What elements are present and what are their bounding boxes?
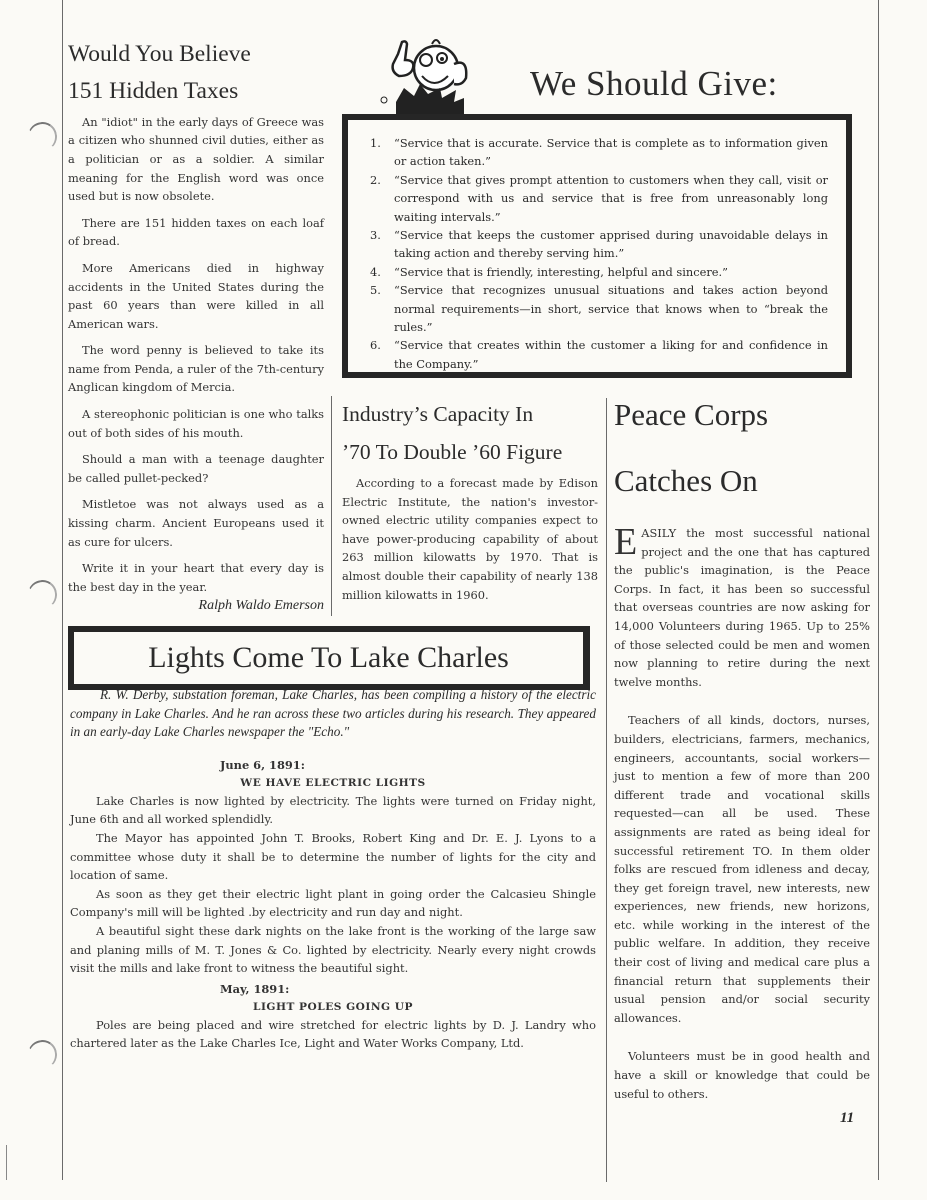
lake-charles-title: Lights Come To Lake Charles (148, 639, 509, 677)
drop-cap: E (614, 526, 637, 558)
service-list-item: 3.“Service that keeps the customer appri… (370, 226, 828, 263)
scan-mark (6, 1145, 7, 1180)
we-should-give-header: We Should Give: (370, 32, 860, 114)
hidden-taxes-paragraph: Mistletoe was not always used as a kissi… (68, 495, 324, 551)
peace-corps-title-line1: Peace Corps (614, 392, 870, 438)
lake-charles-intro: R. W. Derby, substation foreman, Lake Ch… (70, 686, 596, 742)
hidden-taxes-title-line2: 151 Hidden Taxes (68, 77, 324, 106)
page-number: 11 (840, 1110, 854, 1127)
column-divider-right (606, 398, 607, 1182)
article-headline: WE HAVE ELECTRIC LIGHTS (70, 774, 596, 792)
service-list-item: 2.“Service that gives prompt attention t… (370, 171, 828, 226)
peace-corps-paragraph: EASILY the most successful national proj… (614, 524, 870, 691)
reddy-kilowatt-mascot-icon (376, 34, 486, 114)
industry-capacity-article: Industry’s Capacity In ’70 To Double ’60… (342, 396, 598, 612)
article-paragraph: The Mayor has appointed John T. Brooks, … (70, 829, 596, 885)
hidden-taxes-paragraph: Should a man with a teenage daughter be … (68, 450, 324, 487)
hidden-taxes-paragraph: An "idiot" in the early days of Greece w… (68, 113, 324, 206)
column-divider-left (331, 396, 332, 616)
hidden-taxes-title-line1: Would You Believe (68, 40, 324, 69)
industry-title-line1: Industry’s Capacity In (342, 396, 598, 432)
lake-charles-article: R. W. Derby, substation foreman, Lake Ch… (70, 686, 596, 1053)
peace-corps-paragraph: Teachers of all kinds, doctors, nurses, … (614, 711, 870, 1027)
industry-body: According to a forecast made by Edison E… (342, 474, 598, 604)
peace-corps-title-line2: Catches On (614, 458, 870, 504)
binder-hole-bottom (26, 1038, 60, 1072)
article-paragraph: Poles are being placed and wire stretche… (70, 1016, 596, 1053)
hidden-taxes-paragraph: Write it in your heart that every day is… (68, 559, 324, 596)
page-right-edge-rule (878, 0, 879, 1180)
hidden-taxes-paragraph: There are 151 hidden taxes on each loaf … (68, 214, 324, 251)
service-list-item: 4.“Service that is friendly, interesting… (370, 263, 828, 281)
service-list: 1.“Service that is accurate. Service tha… (370, 134, 828, 373)
page-left-edge-rule (62, 0, 63, 1180)
peace-corps-article: Peace Corps Catches On EASILY the most s… (614, 392, 870, 1111)
article-paragraph: A beautiful sight these dark nights on t… (70, 922, 596, 978)
service-list-item: 1.“Service that is accurate. Service tha… (370, 134, 828, 171)
article-paragraph: As soon as they get their electric light… (70, 885, 596, 922)
peace-corps-paragraph: Volunteers must be in good health and ha… (614, 1047, 870, 1103)
service-list-item: 6.“Service that creates within the custo… (370, 336, 828, 373)
lake-charles-title-box: Lights Come To Lake Charles (68, 626, 590, 690)
hidden-taxes-paragraph: More Americans died in highway accidents… (68, 259, 324, 333)
article-headline: LIGHT POLES GOING UP (70, 998, 596, 1016)
hidden-taxes-paragraph: The word penny is believed to take its n… (68, 341, 324, 397)
service-list-item: 5.“Service that recognizes unusual situa… (370, 281, 828, 336)
article-dateline: May, 1891: (70, 980, 596, 998)
industry-title-line2: ’70 To Double ’60 Figure (342, 434, 598, 470)
binder-hole-top (26, 120, 60, 154)
article-dateline: June 6, 1891: (70, 756, 596, 774)
hidden-taxes-paragraph: A stereophonic politician is one who tal… (68, 405, 324, 442)
binder-hole-middle (26, 578, 60, 612)
quote-attribution: Ralph Waldo Emerson (68, 598, 324, 614)
hidden-taxes-article: Would You Believe 151 Hidden Taxes An "i… (68, 40, 324, 614)
we-should-give-box: 1.“Service that is accurate. Service tha… (342, 114, 852, 378)
we-should-give-title: We Should Give: (530, 62, 778, 106)
article-paragraph: Lake Charles is now lighted by electrici… (70, 792, 596, 829)
